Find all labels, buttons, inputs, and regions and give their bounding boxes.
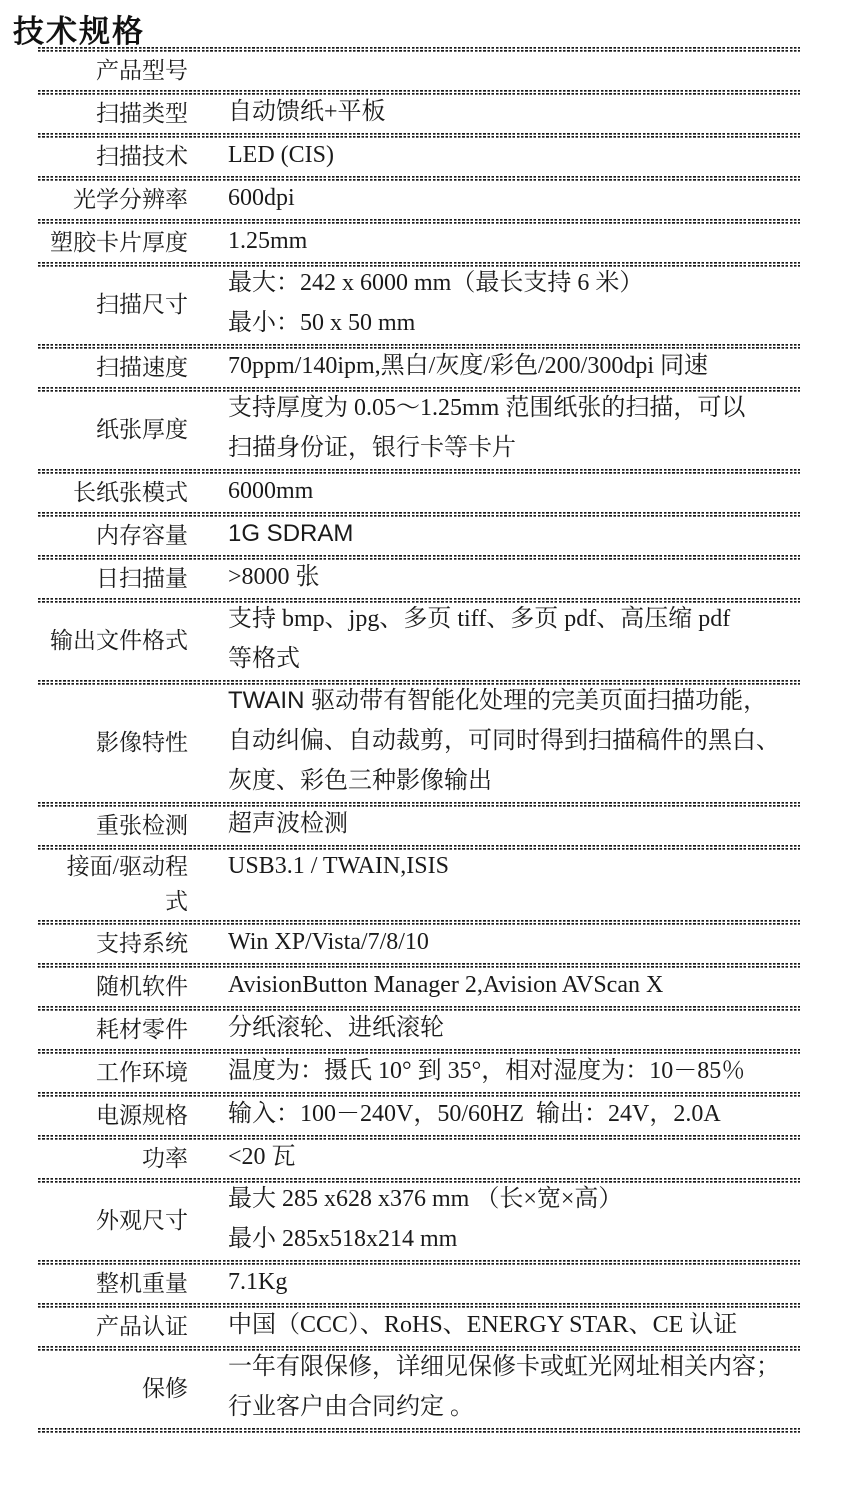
table-row: 长纸张模式6000mm [38,469,800,512]
spec-label: 重张检测 [38,805,188,843]
spec-label: 影像特性 [38,722,188,760]
table-row: 接面/驱动程式USB3.1 / TWAIN,ISIS [38,845,800,920]
spec-table-rows: 产品型号扫描类型自动馈纸+平板扫描技术LED (CIS)光学分辨率600dpi塑… [38,47,800,1428]
spec-value: 超声波检测 [228,804,800,844]
spec-label: 长纸张模式 [38,472,188,510]
spec-label: 扫描尺寸 [38,284,188,322]
spec-label: 电源规格 [38,1095,188,1133]
spec-value: <20 瓦 [228,1137,800,1177]
spec-label: 工作环境 [38,1052,188,1090]
table-row: 产品型号 [38,47,800,90]
table-row: 整机重量7.1Kg [38,1260,800,1303]
spec-value: 最大 285 x628 x376 mm （长×宽×高）最小 285x518x21… [228,1179,800,1259]
spec-value: 7.1Kg [228,1262,800,1302]
table-row: 保修一年有限保修，详细见保修卡或虹光网址相关内容；行业客户由合同约定 。 [38,1346,800,1428]
spec-value: 一年有限保修，详细见保修卡或虹光网址相关内容；行业客户由合同约定 。 [228,1347,800,1427]
spec-label: 外观尺寸 [38,1200,188,1238]
table-row: 影像特性TWAIN 驱动带有智能化处理的完美页面扫描功能，自动纠偏、自动裁剪，可… [38,680,800,802]
spec-label: 保修 [38,1368,188,1406]
table-row: 扫描速度70ppm/140ipm,黑白/灰度/彩色/200/300dpi 同速 [38,344,800,387]
spec-label: 支持系统 [38,923,188,961]
table-row: 扫描尺寸最大：242 x 6000 mm（最长支持 6 米）最小：50 x 50… [38,262,800,344]
table-row: 日扫描量>8000 张 [38,555,800,598]
spec-label: 扫描速度 [38,347,188,385]
spec-value: 支持厚度为 0.05～1.25mm 范围纸张的扫描，可以扫描身份证，银行卡等卡片 [228,388,800,468]
table-row: 重张检测超声波检测 [38,802,800,845]
spec-value: 1G SDRAM [228,514,800,554]
spec-value: 分纸滚轮、进纸滚轮 [228,1008,800,1048]
spec-value: Win XP/Vista/7/8/10 [228,922,800,962]
spec-value: 中国（CCC）、RoHS、ENERGY STAR、CE 认证 [228,1305,800,1345]
spec-label: 产品认证 [38,1306,188,1344]
table-row: 工作环境温度为：摄氏 10° 到 35°，相对湿度为：10－85％ [38,1049,800,1092]
spec-value: 支持 bmp、jpg、多页 tiff、多页 pdf、高压缩 pdf等格式 [228,599,800,679]
spec-label: 内存容量 [38,515,188,553]
spec-value: 自动馈纸+平板 [228,92,800,132]
page-title: 技术规格 [13,6,145,51]
spec-label: 输出文件格式 [38,620,188,658]
spec-value: 6000mm [228,471,800,511]
spec-label: 产品型号 [38,50,188,88]
table-row: 支持系统Win XP/Vista/7/8/10 [38,920,800,963]
table-row: 输出文件格式支持 bmp、jpg、多页 tiff、多页 pdf、高压缩 pdf等… [38,598,800,680]
spec-label: 纸张厚度 [38,409,188,447]
spec-value: TWAIN 驱动带有智能化处理的完美页面扫描功能，自动纠偏、自动裁剪，可同时得到… [228,681,800,801]
spec-value: 输入：100－240V，50/60HZ 输出：24V，2.0A [228,1094,800,1134]
spec-label: 随机软件 [38,966,188,1004]
spec-table: 产品型号扫描类型自动馈纸+平板扫描技术LED (CIS)光学分辨率600dpi塑… [38,47,800,1434]
spec-label: 扫描类型 [38,93,188,131]
spec-label: 日扫描量 [38,558,188,596]
table-row: 功率<20 瓦 [38,1135,800,1178]
table-row: 耗材零件分纸滚轮、进纸滚轮 [38,1006,800,1049]
spec-value: 600dpi [228,178,800,218]
spec-label: 光学分辨率 [38,179,188,217]
table-row: 扫描技术LED (CIS) [38,133,800,176]
spec-value: LED (CIS) [228,135,800,175]
spec-label: 耗材零件 [38,1009,188,1047]
spec-label: 功率 [38,1138,188,1176]
table-row: 内存容量1G SDRAM [38,512,800,555]
spec-label: 塑胶卡片厚度 [38,222,188,260]
table-row: 外观尺寸最大 285 x628 x376 mm （长×宽×高）最小 285x51… [38,1178,800,1260]
table-row: 扫描类型自动馈纸+平板 [38,90,800,133]
table-row: 电源规格输入：100－240V，50/60HZ 输出：24V，2.0A [38,1092,800,1135]
table-bottom-rule [38,1428,800,1434]
table-row: 塑胶卡片厚度1.25mm [38,219,800,262]
spec-value: >8000 张 [228,557,800,597]
table-row: 光学分辨率600dpi [38,176,800,219]
table-row: 产品认证中国（CCC）、RoHS、ENERGY STAR、CE 认证 [38,1303,800,1346]
table-row: 随机软件AvisionButton Manager 2,Avision AVSc… [38,963,800,1006]
spec-value: 最大：242 x 6000 mm（最长支持 6 米）最小：50 x 50 mm [228,263,800,343]
table-row: 纸张厚度支持厚度为 0.05～1.25mm 范围纸张的扫描，可以扫描身份证，银行… [38,387,800,469]
spec-label: 整机重量 [38,1263,188,1301]
spec-value: 温度为：摄氏 10° 到 35°，相对湿度为：10－85％ [228,1051,800,1091]
spec-sheet-page: 技术规格 产品型号扫描类型自动馈纸+平板扫描技术LED (CIS)光学分辨率60… [0,0,861,1500]
spec-value: AvisionButton Manager 2,Avision AVScan X [228,965,800,1005]
spec-value: USB3.1 / TWAIN,ISIS [228,846,800,886]
spec-label: 接面/驱动程式 [38,846,188,919]
spec-value: 70ppm/140ipm,黑白/灰度/彩色/200/300dpi 同速 [228,346,800,386]
spec-label: 扫描技术 [38,136,188,174]
spec-value: 1.25mm [228,221,800,261]
